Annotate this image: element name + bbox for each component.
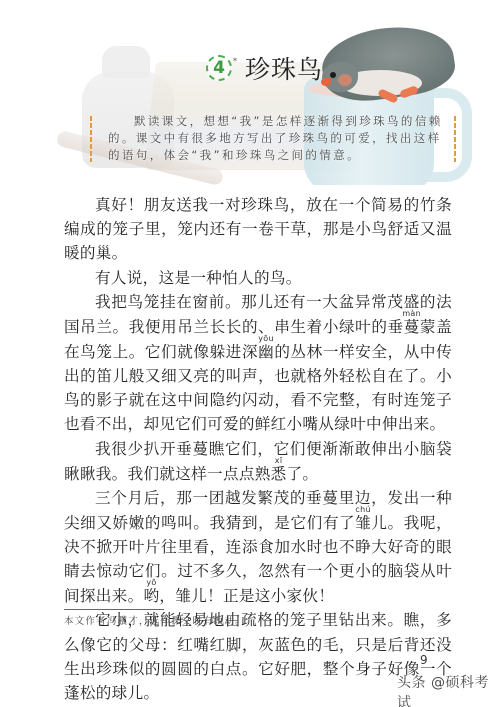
body-paragraph: 真好！朋友送我一对珍珠鸟，放在一个简易的竹条编成的笼子里，笼内还有一卷干草，那是… [64,193,452,266]
paragraph-text: 了。 [287,465,319,483]
paragraph-text: 有人说，这是一种怕人的鸟。 [95,269,302,287]
prompt-border-right [454,116,456,162]
pinyin-annotation: 悉xī [271,465,287,483]
prompt-border-left [90,116,92,162]
paragraph-text: 我很少扒开垂蔓瞧它们，它们便渐渐敢伸出小脑袋瞅瞅我。我们就这样一点点熟 [64,440,452,483]
watermark: 头条 @硕科考试 [397,672,500,707]
lesson-title: 珍珠鸟 [245,50,323,86]
paragraph-text: 真好！朋友送我一对珍珠鸟，放在一个简易的竹条编成的笼子里，笼内还有一卷干草，那是… [64,196,452,262]
self-study-marker: * [233,57,237,66]
pinyin-annotation: 幽yōu [258,343,274,361]
body-paragraph: 三个月后，那一团越发繁茂的垂蔓里边，发出一种尖细又娇嫩的鸣叫。我猜到，是它们有了… [64,486,452,609]
footnote: 本文作者冯骥才，选作课文时有改动。 [64,613,246,627]
paragraph-text: ，雏儿！正是这小家伙！ [159,587,334,605]
paragraph-text: 我把鸟笼挂在窗前。那儿还有一大盆异常茂盛的法国吊兰。我便用吊兰长长的、串生着小绿… [64,293,452,336]
pinyin-annotation: 哟yō [143,587,159,605]
reading-prompt-text: 默读课文，想想“我”是怎样逐渐得到珍珠鸟的信赖的。课文中有很多地方写出了珍珠鸟的… [108,113,444,164]
ink-bottle-cap-image [102,46,150,78]
pinyin-text: yō [143,578,159,587]
pearl-bird-cheek [338,74,352,86]
pinyin-text: yōu [258,334,274,343]
lesson-heading: 4 * 珍珠鸟 [206,50,323,86]
lesson-body: 真好！朋友送我一对珍珠鸟，放在一个简易的竹条编成的笼子里，笼内还有一卷干草，那是… [64,193,452,705]
body-paragraph: 我把鸟笼挂在窗前。那儿还有一大盆异常茂盛的法国吊兰。我便用吊兰长长的、串生着小绿… [64,290,452,437]
textbook-page: 4 * 珍珠鸟 默读课文，想想“我”是怎样逐渐得到珍珠鸟的信赖的。课文中有很多地… [0,0,500,707]
pinyin-text: chú [355,505,371,514]
page-number: 9 [420,653,428,667]
pinyin-annotation: 雏chú [355,514,371,532]
body-paragraph: 我很少扒开垂蔓瞧它们，它们便渐渐敢伸出小脑袋瞅瞅我。我们就这样一点点熟悉xī了。 [64,437,452,486]
pinyin-annotation: 蔓màn [404,318,420,336]
reading-prompt-box: 默读课文，想想“我”是怎样逐渐得到珍珠鸟的信赖的。课文中有很多地方写出了珍珠鸟的… [92,113,452,164]
pinyin-text: màn [402,309,421,318]
footnote-divider [64,609,164,610]
lesson-number-badge: 4 [206,55,232,81]
body-paragraph: 有人说，这是一种怕人的鸟。 [64,266,452,290]
pearl-bird-eye [330,72,336,78]
pinyin-text: xī [271,456,287,465]
